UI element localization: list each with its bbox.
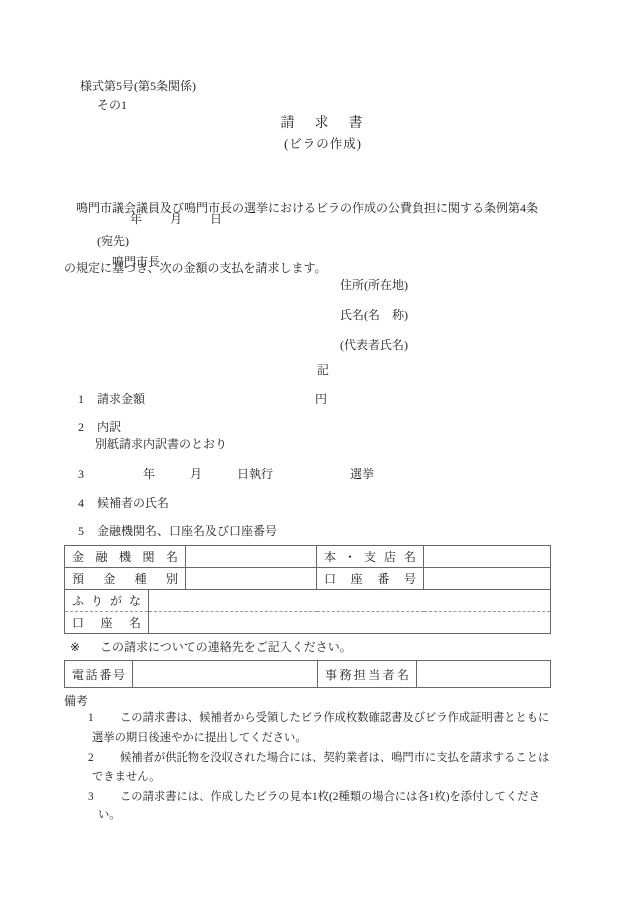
- remark-1-line-1: この請求書は、候補者から受領したビラ作成枚数確認書及びビラ作成証明書とともに: [120, 711, 549, 725]
- account-name-value: [149, 612, 551, 634]
- table-row: 金融機関名 本・支店名: [65, 546, 551, 568]
- account-number-value: [424, 568, 551, 590]
- remarks-title: 備考: [64, 694, 88, 708]
- account-name-label: 口座名: [65, 612, 149, 634]
- item-4-number: 4: [78, 496, 84, 510]
- remark-1-number: 1: [88, 711, 94, 725]
- item-3-year-label: 年: [143, 467, 155, 481]
- branch-name-value: [424, 546, 551, 568]
- item-5-number: 5: [78, 524, 84, 538]
- item-3-month-label: 月: [190, 467, 202, 481]
- contact-table: 電話番号 事務担当者名: [64, 660, 551, 688]
- item-2-number: 2: [78, 420, 84, 434]
- remark-2-line-2: できません。: [92, 770, 160, 784]
- item-1-unit: 円: [315, 392, 327, 406]
- item-4-label: 候補者の氏名: [97, 496, 169, 510]
- table-row: 口座名: [65, 612, 551, 634]
- date-year-label: 年: [130, 212, 142, 226]
- table-row: 電話番号 事務担当者名: [65, 661, 551, 688]
- address-label: 住所(所在地): [340, 278, 408, 292]
- item-1-label: 請求金額: [97, 392, 145, 406]
- representative-label: (代表者氏名): [340, 338, 408, 352]
- item-2-detail: 別紙請求内訳書のとおり: [95, 437, 227, 451]
- date-month-label: 月: [170, 212, 182, 226]
- date-line: 年 月 日: [0, 212, 630, 282]
- bank-account-table: 金融機関名 本・支店名 預金種別 口座番号 ふりがな 口座名: [64, 545, 551, 634]
- remark-3-line-1: この請求書には、作成したビラの見本1枚(2種類の場合には各1枚)を添付してくださ: [120, 790, 540, 804]
- item-3-day-suffix: 日執行: [237, 467, 273, 481]
- document-page: 様式第5号(第5条関係) その1 請 求 書 (ビラの作成) 鳴門市議会議員及び…: [0, 0, 630, 903]
- date-day-label: 日: [210, 212, 222, 226]
- form-part: その1: [97, 98, 127, 112]
- page-subtitle: (ビラの作成): [8, 134, 630, 152]
- remark-3-number: 3: [88, 790, 94, 804]
- page-title: 請 求 書: [8, 112, 630, 132]
- phone-number-label: 電話番号: [65, 661, 133, 688]
- recipient-label: (宛先): [97, 234, 129, 248]
- item-2-label: 内訳: [97, 420, 121, 434]
- item-3-election-label: 選挙: [350, 467, 374, 481]
- form-number: 様式第5号(第5条関係): [80, 79, 196, 93]
- remark-1-line-2: 選挙の期日後速やかに提出してください。: [92, 731, 307, 745]
- item-5-label: 金融機関名、口座名及び口座番号: [97, 524, 277, 538]
- furigana-value: [149, 590, 551, 612]
- name-label: 氏名(名 称): [340, 308, 408, 322]
- asterisk-marker: ※: [70, 640, 80, 654]
- remark-3-line-2: い。: [98, 808, 121, 822]
- table-row: ふりがな: [65, 590, 551, 612]
- financial-institution-label: 金融機関名: [65, 546, 186, 568]
- phone-number-value: [133, 661, 318, 688]
- deposit-type-value: [186, 568, 317, 590]
- contact-note: この請求についての連絡先をご記入ください。: [100, 640, 352, 654]
- financial-institution-value: [186, 546, 317, 568]
- recipient-name: 鳴門市長: [112, 255, 160, 269]
- remark-2-number: 2: [88, 751, 94, 765]
- clerk-name-label: 事務担当者名: [318, 661, 417, 688]
- table-row: 預金種別 口座番号: [65, 568, 551, 590]
- furigana-label: ふりがな: [65, 590, 149, 612]
- remark-2-line-1: 候補者が供託物を没収された場合には、契約業者は、鳴門市に支払を請求することは: [120, 751, 549, 765]
- item-1-number: 1: [78, 392, 84, 406]
- item-3-number: 3: [78, 467, 84, 481]
- clerk-name-value: [417, 661, 551, 688]
- account-number-label: 口座番号: [317, 568, 424, 590]
- deposit-type-label: 預金種別: [65, 568, 186, 590]
- branch-name-label: 本・支店名: [317, 546, 424, 568]
- ki-heading: 記: [8, 361, 630, 378]
